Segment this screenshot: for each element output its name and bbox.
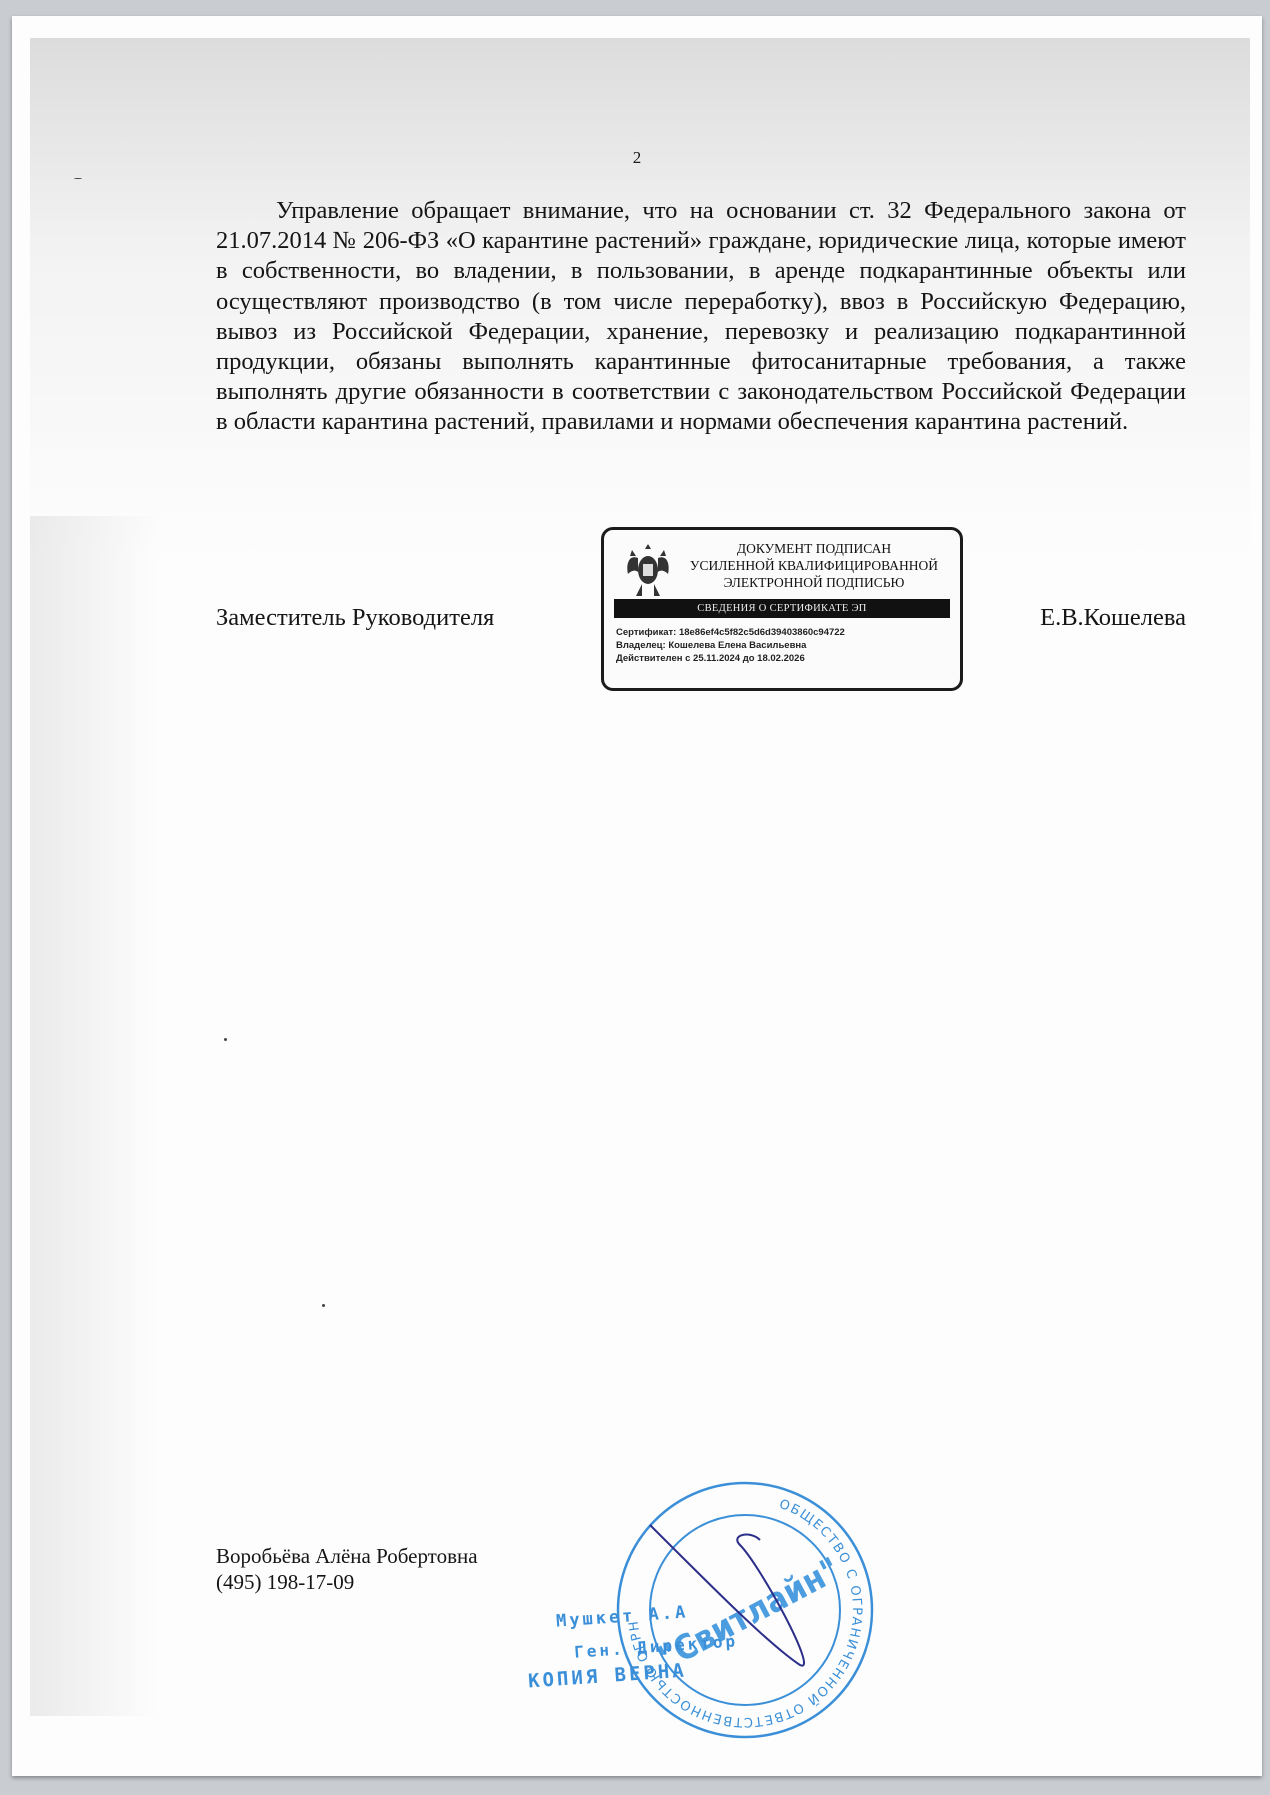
scan-artifact	[30, 516, 160, 1716]
contact-name: Воробьёва Алёна Робертовна	[216, 1543, 478, 1569]
body-paragraph: Управление обращает внимание, что на осн…	[216, 196, 1186, 438]
certificate-validity: Действителен с 25.11.2024 до 18.02.2026	[616, 652, 845, 665]
electronic-signature-block: ДОКУМЕНТ ПОДПИСАН УСИЛЕННОЙ КВАЛИФИЦИРОВ…	[601, 527, 963, 691]
contact-info: Воробьёва Алёна Робертовна (495) 198-17-…	[216, 1543, 478, 1595]
signatory-title: Заместитель Руководителя	[216, 604, 494, 632]
russian-coat-of-arms-icon	[624, 540, 672, 600]
certificate-details: Сертификат: 18e86ef4c5f82c5d6d39403860c9…	[616, 626, 845, 665]
certificate-id: Сертификат: 18e86ef4c5f82c5d6d39403860c9…	[616, 626, 845, 639]
certificate-owner: Владелец: Кошелева Елена Васильевна	[616, 639, 845, 652]
contact-phone: (495) 198-17-09	[216, 1569, 478, 1595]
certificate-info-bar: СВЕДЕНИЯ О СЕРТИФИКАТЕ ЭП	[614, 599, 950, 618]
scan-speck	[74, 178, 82, 179]
signatory-name: Е.В.Кошелева	[1040, 604, 1186, 632]
page-number: 2	[12, 148, 1262, 168]
signature-header: ДОКУМЕНТ ПОДПИСАН УСИЛЕННОЙ КВАЛИФИЦИРОВ…	[674, 540, 954, 591]
scan-speck	[322, 1304, 325, 1307]
scan-speck	[224, 1038, 227, 1041]
